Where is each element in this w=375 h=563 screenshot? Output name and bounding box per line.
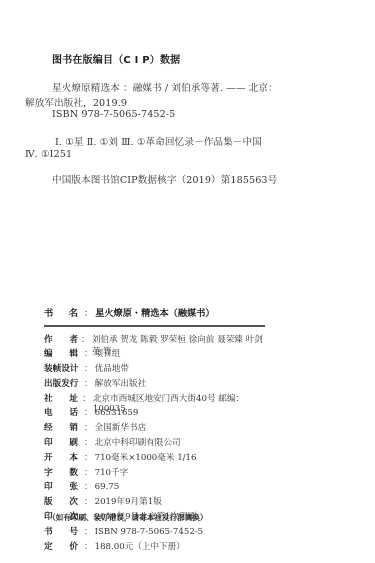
colophon-value: 188.00元（上中下册） <box>95 540 185 552</box>
colophon-value: 710千字 <box>95 466 129 478</box>
colophon-value: 2019年9月第1版 <box>95 495 162 507</box>
colophon-label: 开本 <box>44 451 84 463</box>
colophon-value: 优品地带 <box>95 362 129 374</box>
colophon-row-price: 定价 ： 188.00元（上中下册） <box>44 540 269 555</box>
cip-line-publisher: 解放军出版社，2019.9 <box>25 95 127 109</box>
colophon-value: 69.75 <box>95 482 120 492</box>
colophon-title-row: 书名 ： 星火燎原・精选本（融媒书） <box>44 305 269 321</box>
colophon-label: 社址 <box>44 392 82 404</box>
colophon-row-seller: 经销 ： 全国新华书店 <box>44 421 269 436</box>
colophon-value: 解放军出版社 <box>95 377 147 389</box>
colophon-row-sheets: 印张 ： 69.75 <box>44 480 269 495</box>
colophon-label: 书号 <box>44 525 84 537</box>
colophon-value: 710毫米×1000毫米 1/16 <box>95 451 197 463</box>
colophon-label: 版次 <box>44 495 84 507</box>
colophon-label: 印刷 <box>44 436 84 448</box>
colophon-value: ISBN 978-7-5065-7452-5 <box>95 527 204 537</box>
cip-line-isbn: ISBN 978-7-5065-7452-5 <box>52 109 175 120</box>
colophon-value: 北京中科印刷有限公司 <box>95 436 181 448</box>
cip-line-title: 星火燎原精选本 ：融媒书 / 刘伯承等著. —— 北京： <box>52 80 278 94</box>
colophon-row-address: 社址 ： 北京市西城区地安门西大街40号 邮编：100035 <box>44 392 269 407</box>
colophon-label: 作者 <box>44 333 81 345</box>
colophon-label: 出版发行 <box>44 377 84 389</box>
colophon-value: 全国新华书店 <box>95 421 147 433</box>
cip-heading: 图书在版编目（C I P）数据 <box>52 51 180 66</box>
colophon-value: 66531659 <box>95 408 139 418</box>
cip-line-record-number: 中国版本图书馆CIP数据核字（2019）第185563号 <box>52 172 277 186</box>
colophon-label: 电话 <box>44 406 84 418</box>
colophon-row-isbn: 书号 ： ISBN 978-7-5065-7452-5 <box>44 525 269 540</box>
cip-line-classification: Ⅰ. ①星 Ⅱ. ①刘 Ⅲ. ①革命回忆录－作品集－中国 <box>55 134 262 148</box>
colophon-value: 项目组 <box>95 347 121 359</box>
colophon-row-format: 开本 ： 710毫米×1000毫米 1/16 <box>44 451 269 466</box>
cip-line-class-number: Ⅳ. ①I251 <box>25 149 72 160</box>
colophon-label: 编辑 <box>44 347 84 359</box>
colophon-row-author: 作者 ： 刘伯承 贺龙 陈毅 罗荣桓 徐向前 聂荣臻 叶剑英 等 <box>44 333 269 348</box>
divider <box>44 325 265 327</box>
colophon-label: 定价 <box>44 540 84 552</box>
replacement-notice: （如有印刷、装订错误，请寄本社发行部调换） <box>48 512 207 523</box>
colophon-row-edition: 版次 ： 2019年9月第1版 <box>44 495 269 510</box>
colophon-label: 装帧设计 <box>44 362 84 374</box>
colophon-label: 书名 <box>44 305 84 319</box>
colophon-label: 字数 <box>44 466 84 478</box>
colophon-row-distribution: 出版发行 ： 解放军出版社 <box>44 377 269 392</box>
colophon-label: 印张 <box>44 480 84 492</box>
colophon-row-wordcount: 字数 ： 710千字 <box>44 466 269 481</box>
book-title: 星火燎原・精选本（融媒书） <box>95 305 214 319</box>
colophon-row-design: 装帧设计 ： 优品地带 <box>44 362 269 377</box>
colophon-row-printer: 印刷 ： 北京中科印刷有限公司 <box>44 436 269 451</box>
colophon-label: 经销 <box>44 421 84 433</box>
